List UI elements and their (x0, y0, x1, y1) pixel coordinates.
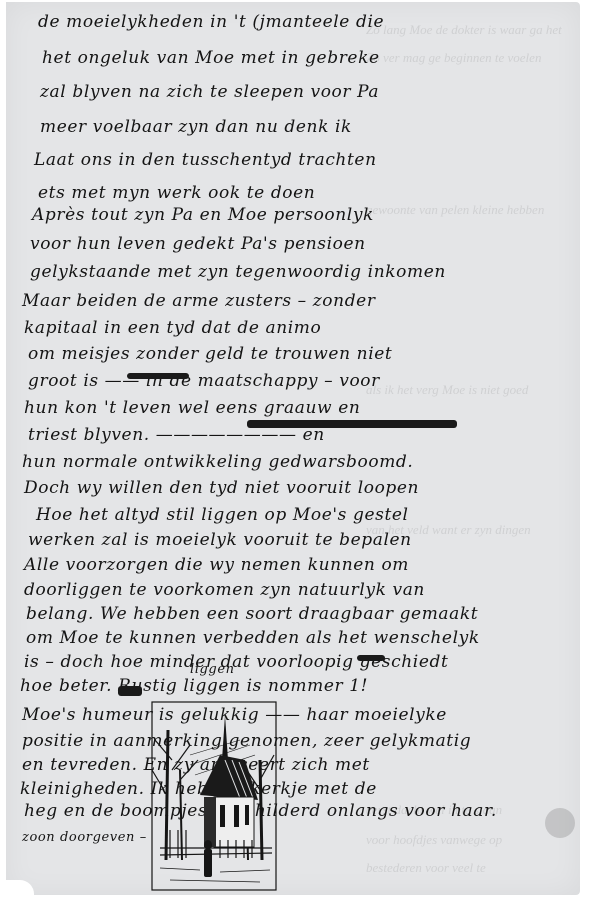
letter-line: groot is —— in de maatschappy – voor (28, 371, 380, 391)
letter-line: triest blyven. ———————— en (28, 425, 325, 445)
show-through-text: als ik het verg Moe is niet goed (366, 382, 528, 398)
show-through-text: bestederen voor veel te (366, 860, 486, 876)
letter-line: om meisjes zonder geld te trouwen niet (28, 344, 392, 364)
ink-blot (118, 686, 142, 696)
crossed-out-word (357, 655, 385, 661)
letter-line: werken zal is moeielyk vooruit te bepale… (28, 530, 412, 550)
church-sketch (150, 700, 280, 895)
letter-line: ets met myn werk ook te doen (38, 183, 315, 203)
crossed-out-passage (247, 420, 457, 428)
letter-line: is – doch hoe minder dat voorloopig gesc… (24, 652, 448, 672)
show-through-text: Zo ver mag ge beginnen te voelen (366, 50, 541, 66)
letter-line: hun normale ontwikkeling gedwarsboomd. (22, 452, 413, 472)
letter-line: doorliggen te voorkomen zyn natuurlyk va… (24, 580, 425, 600)
letter-line: Hoe het altyd stil liggen op Moe's geste… (36, 505, 409, 525)
letter-line: om Moe te kunnen verbedden als het wensc… (26, 628, 480, 648)
show-through-text: voor hoofdjes vanwege op (366, 832, 502, 848)
letter-line: Doch wy willen den tyd niet vooruit loop… (24, 478, 419, 498)
letter-line: belang. We hebben een soort draagbaar ge… (26, 604, 478, 624)
letter-line: hun kon 't leven wel eens graauw en (24, 398, 360, 418)
letter-line: voor hun leven gedekt Pa's pensioen (30, 234, 366, 254)
show-through-text: gewoonte van pelen kleine hebben (366, 202, 544, 218)
crossed-out-word (127, 373, 189, 379)
interlinear-insertion: liggen (190, 662, 235, 677)
show-through-text: Zo lang Moe de dokter is waar ga het (366, 22, 562, 38)
letter-line: zoon doorgeven – (22, 830, 147, 845)
letter-line: zal blyven na zich te sleepen voor Pa (40, 82, 379, 102)
letter-line: hoe beter. Rustig liggen is nommer 1! (20, 676, 368, 696)
letter-line: Après tout zyn Pa en Moe persoonlyk (32, 205, 374, 225)
letter-line: het ongeluk van Moe met in gebreke (42, 48, 380, 68)
letter-line: kapitaal in een tyd dat de animo (24, 318, 321, 338)
letter-line: Laat ons in den tusschentyd trachten (34, 150, 377, 170)
torn-corner (0, 880, 34, 900)
letter-line: Maar beiden de arme zusters – zonder (22, 291, 376, 311)
letter-line: gelykstaande met zyn tegenwoordig inkome… (30, 262, 446, 282)
letter-line: Alle voorzorgen die wy nemen kunnen om (24, 555, 409, 575)
letter-line: meer voelbaar zyn dan nu denk ik (40, 117, 352, 137)
paper-stain (545, 808, 575, 838)
letter-line: de moeielykheden in 't (jmanteele die (38, 12, 384, 32)
